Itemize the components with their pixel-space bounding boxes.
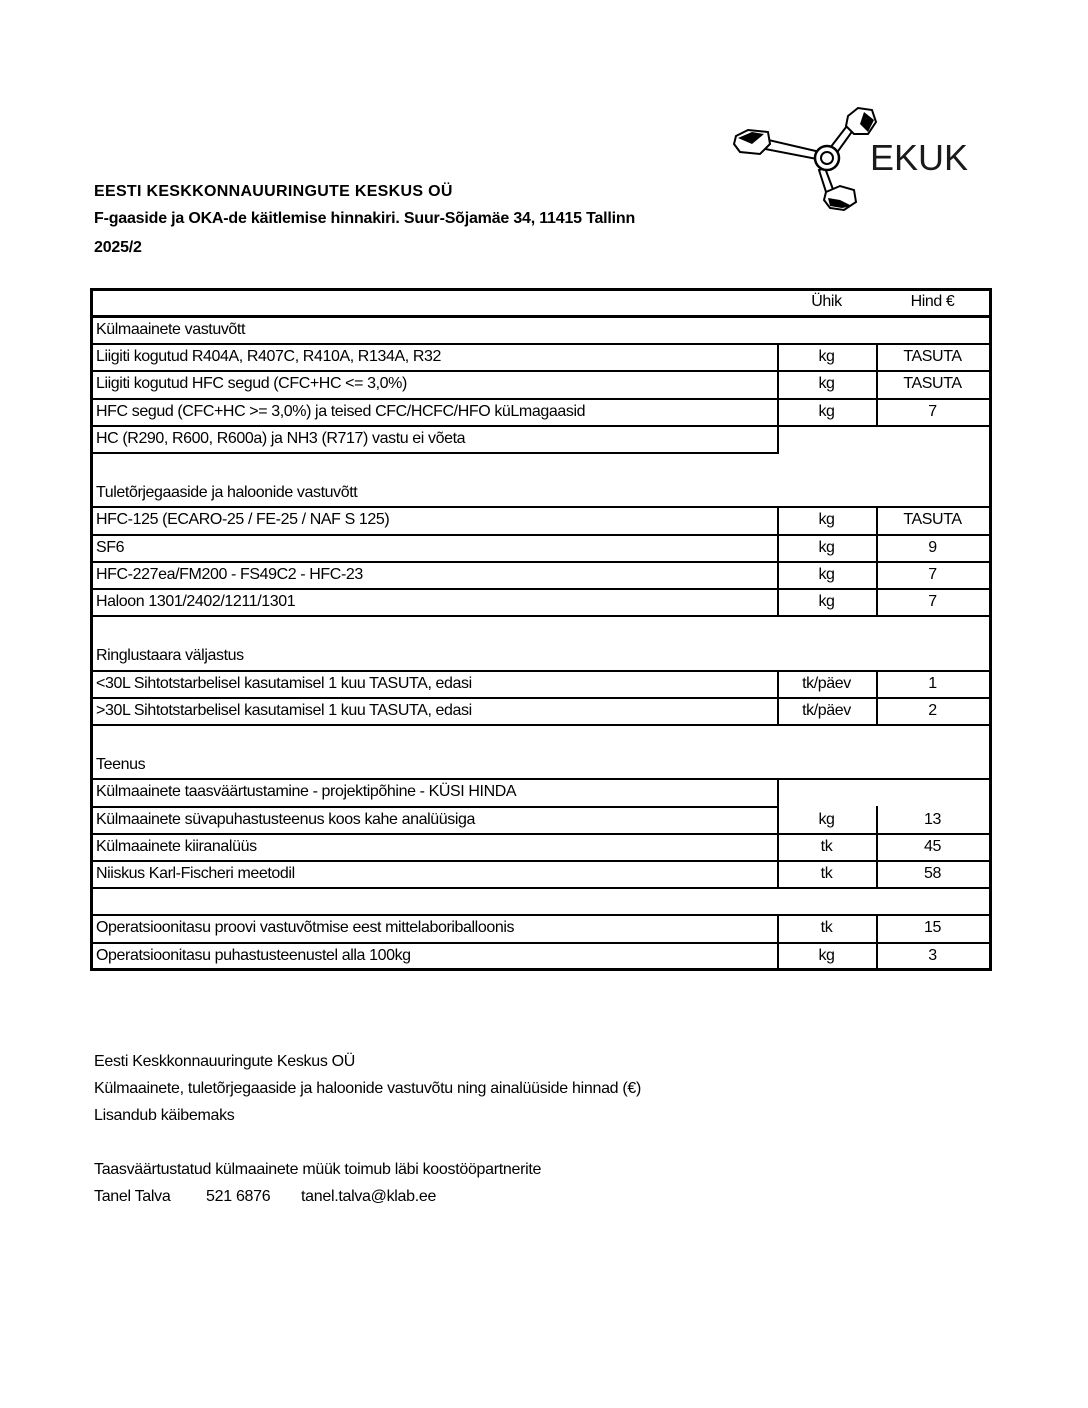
- table-row-unit: tk/päev: [777, 697, 876, 724]
- table-border: [777, 833, 779, 860]
- table-row-description: Niiskus Karl-Fischeri meetodil: [93, 860, 777, 887]
- section-heading: Külmaainete vastuvõtt: [93, 316, 780, 343]
- footer-contact: Tanel Talva521 6876tanel.talva@klab.ee: [94, 1188, 436, 1206]
- table-row-unit: kg: [777, 506, 876, 534]
- table-row-description: >30L Sihtotstarbelisel kasutamisel 1 kuu…: [93, 697, 777, 724]
- table-row-unit: tk: [777, 833, 876, 860]
- section-heading: Teenus: [93, 751, 780, 778]
- table-border: [876, 561, 878, 588]
- footer-description: Külmaainete, tuletõrjegaaside ja halooni…: [94, 1080, 641, 1098]
- table-border: [876, 343, 878, 370]
- table-row-price: 45: [876, 833, 989, 860]
- table-right-border: [989, 288, 992, 971]
- table-border: [90, 724, 989, 726]
- table-row-unit: tk: [777, 860, 876, 887]
- table-border: [876, 833, 878, 860]
- contact-phone: 521 6876: [206, 1188, 301, 1206]
- table-row-unit: kg: [777, 588, 876, 615]
- table-border: [876, 697, 878, 724]
- footer-vat-note: Lisandub käibemaks: [94, 1107, 234, 1125]
- table-row-unit: tk/päev: [777, 670, 876, 697]
- table-row-price: TASUTA: [876, 370, 989, 398]
- footer-resale-note: Taasväärtustatud külmaainete müük toimub…: [94, 1161, 541, 1179]
- table-border: [777, 778, 779, 808]
- price-table: Ühik Hind € Külmaainete vastuvõttLiigiti…: [0, 0, 1088, 1000]
- table-border: [90, 615, 989, 617]
- table-border: [777, 398, 779, 425]
- table-border: [876, 942, 878, 969]
- table-border: [777, 914, 779, 942]
- table-border: [876, 506, 878, 534]
- table-border: [876, 398, 878, 425]
- table-row-unit: kg: [777, 806, 876, 833]
- table-border: [777, 561, 779, 588]
- table-row-price: 3: [876, 942, 989, 969]
- table-border: [777, 670, 779, 697]
- table-border: [90, 452, 779, 454]
- table-row-unit: kg: [777, 942, 876, 969]
- table-row-price: 7: [876, 398, 989, 425]
- column-header-unit: Ühik: [777, 288, 876, 316]
- table-row-note: HC (R290, R600, R600a) ja NH3 (R717) vas…: [93, 425, 777, 452]
- table-row-price: 58: [876, 860, 989, 887]
- table-row-price: TASUTA: [876, 343, 989, 370]
- table-border: [876, 914, 878, 942]
- table-bottom-border: [90, 968, 992, 971]
- table-row-description: Liigiti kogutud HFC segud (CFC+HC <= 3,0…: [93, 370, 777, 398]
- table-border: [777, 697, 779, 724]
- footer-company: Eesti Keskkonnauuringute Keskus OÜ: [94, 1053, 355, 1071]
- table-row-price: 15: [876, 914, 989, 942]
- table-border: [90, 887, 989, 889]
- table-row-description: HFC-125 (ECARO-25 / FE-25 / NAF S 125): [93, 506, 777, 534]
- contact-email[interactable]: tanel.talva@klab.ee: [301, 1188, 436, 1206]
- table-row-description: SF6: [93, 534, 777, 561]
- table-left-border: [90, 288, 93, 971]
- table-row-description: Liigiti kogutud R404A, R407C, R410A, R13…: [93, 343, 777, 370]
- table-border: [777, 942, 779, 969]
- table-row-description: HFC segud (CFC+HC >= 3,0%) ja teised CFC…: [93, 398, 777, 425]
- table-row-unit: kg: [777, 343, 876, 370]
- table-border: [777, 370, 779, 398]
- table-row-description: Külmaainete kiiranalüüs: [93, 833, 777, 860]
- table-row-description: Operatsioonitasu puhastusteenustel alla …: [93, 942, 777, 969]
- table-row-price: TASUTA: [876, 506, 989, 534]
- table-row-price: 2: [876, 697, 989, 724]
- table-top-border: [90, 288, 992, 291]
- table-row-price: 13: [876, 806, 989, 833]
- table-row-unit: kg: [777, 370, 876, 398]
- table-row-unit: kg: [777, 561, 876, 588]
- table-row-unit: tk: [777, 914, 876, 942]
- table-row-price: 7: [876, 561, 989, 588]
- contact-name: Tanel Talva: [94, 1188, 206, 1206]
- table-row-price: 7: [876, 588, 989, 615]
- table-border: [777, 860, 779, 887]
- table-border: [876, 370, 878, 398]
- table-border: [876, 806, 878, 833]
- table-border: [876, 860, 878, 887]
- table-border: [876, 588, 878, 615]
- table-border: [777, 425, 779, 454]
- table-border: [777, 534, 779, 561]
- table-border: [876, 534, 878, 561]
- column-header-price: Hind €: [876, 288, 989, 316]
- table-row-description: <30L Sihtotstarbelisel kasutamisel 1 kuu…: [93, 670, 777, 697]
- table-row-unit: kg: [777, 398, 876, 425]
- table-border: [777, 806, 779, 833]
- section-heading: Ringlustaara väljastus: [93, 642, 780, 670]
- table-border: [777, 343, 779, 370]
- table-row-price: 9: [876, 534, 989, 561]
- table-border: [777, 506, 779, 534]
- table-border: [876, 670, 878, 697]
- table-row-unit: kg: [777, 534, 876, 561]
- table-row-description: HFC-227ea/FM200 - FS49C2 - HFC-23: [93, 561, 777, 588]
- table-row-price: 1: [876, 670, 989, 697]
- table-row-description: Külmaainete süvapuhastusteenus koos kahe…: [93, 806, 777, 833]
- table-border: [777, 588, 779, 615]
- section-heading: Tuletõrjegaaside ja haloonide vastuvõtt: [93, 479, 780, 506]
- table-row-description: Haloon 1301/2402/1211/1301: [93, 588, 777, 615]
- table-row-description: Operatsioonitasu proovi vastuvõtmise ees…: [93, 914, 777, 942]
- table-row-note: Külmaainete taasväärtustamine - projekti…: [93, 778, 777, 806]
